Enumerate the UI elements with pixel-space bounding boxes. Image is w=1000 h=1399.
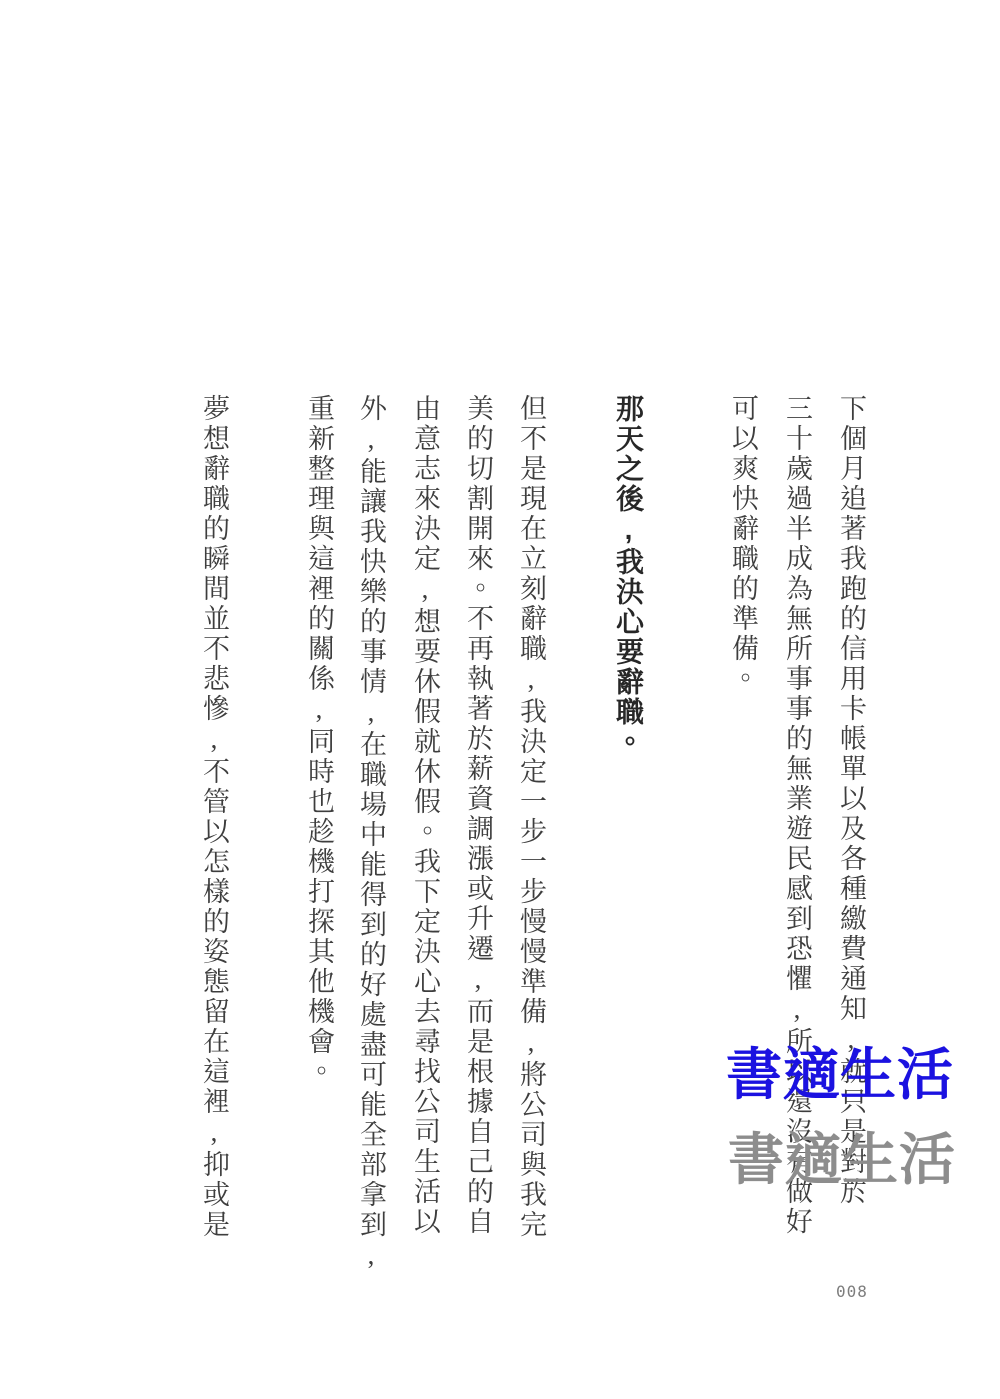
book-page: 下個月追著我跑的信用卡帳單以及各種繳費通知,就只是對於 三十歲過半成為無所事事的…: [0, 0, 1000, 1399]
text-column: 美的切割開來。不再執著於薪資調漲或升遷,而是根據自己的自: [462, 394, 494, 1246]
text-column: 但不是現在立刻辭職,我決定一步一步慢慢準備,將公司與我完: [515, 394, 547, 1246]
text-column: 下個月追著我跑的信用卡帳單以及各種繳費通知,就只是對於: [835, 394, 867, 1246]
text-column: 外,能讓我快樂的事情,在職場中能得到的好處盡可能全部拿到,: [355, 394, 387, 1246]
text-column: 夢想辭職的瞬間並不悲慘,不管以怎樣的姿態留在這裡,抑或是: [198, 394, 230, 1246]
page-number: 008: [836, 1283, 868, 1301]
text-column: 重新整理與這裡的關係,同時也趁機打探其他機會。: [303, 394, 335, 1246]
text-column: 由意志來決定,想要休假就休假。我下定決心去尋找公司生活以: [409, 394, 441, 1246]
text-column: 可以爽快辭職的準備。: [727, 394, 759, 1246]
text-column: 三十歲過半成為無所事事的無業遊民感到恐懼,所以還沒有做好: [781, 394, 813, 1246]
emphasis-text-column: 那天之後,我決心要辭職。: [612, 394, 644, 1246]
